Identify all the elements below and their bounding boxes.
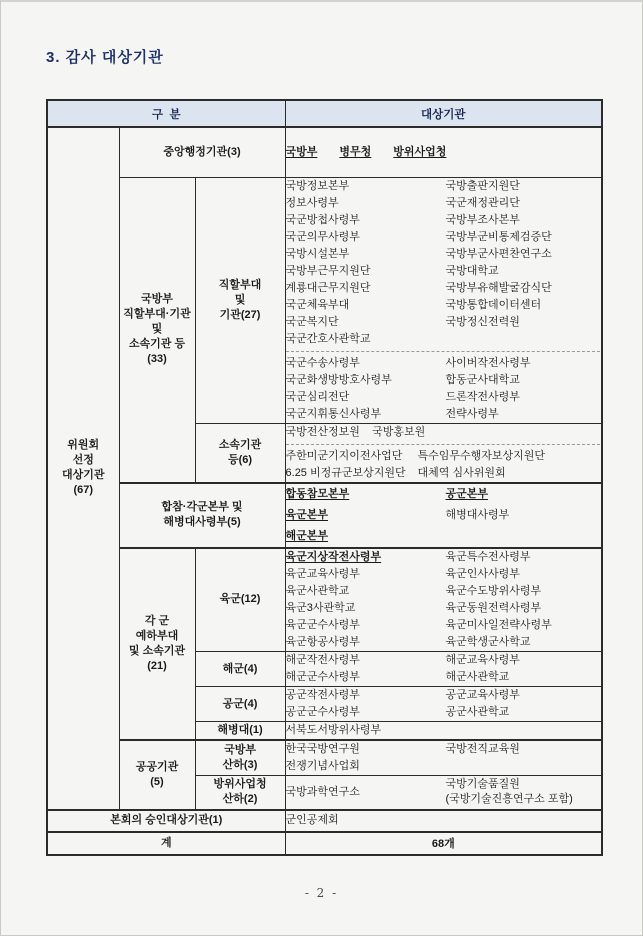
org-item: 육군특수전사령부 [446, 549, 602, 566]
org-line: 국군간호사관학교 [286, 331, 602, 348]
affiliated-block2: 주한미군기지이전사업단특수임무수행자보상지원단 6.25 비정규군보상지원단대체… [286, 448, 602, 482]
org-item: 국방부군비통제검증단 [446, 229, 602, 246]
org-line: 국군체육부대국방통합데이터센터 [286, 297, 602, 314]
plenary-item: 군인공제회 [285, 810, 602, 832]
org-item: 국군간호사관학교 [286, 331, 446, 348]
org-item: 해군본부 [286, 526, 446, 547]
org-item [446, 331, 602, 348]
org-item: 공군작전사령부 [286, 687, 446, 704]
org-item: 국군의무사령부 [286, 229, 446, 246]
org-line: 국방시설본부국방부군사편찬연구소 [286, 246, 602, 263]
public-mnd-label: 국방부 산하(3) [195, 740, 285, 776]
org-item [446, 758, 602, 775]
jcs-label: 합참·각군본부 및 해병대사령부(5) [119, 483, 285, 548]
airforce-label: 공군(4) [195, 687, 285, 722]
org-item: 특수임무수행자보상지원단 [418, 448, 602, 465]
org-item: 합동참모본부 [286, 484, 446, 505]
org-line: 육군교육사령부육군인사사령부 [286, 566, 602, 583]
org-item: 육군인사사령부 [446, 566, 602, 583]
org-item: 육군사관학교 [286, 583, 446, 600]
org-item: 해군군수사령부 [286, 669, 446, 686]
affiliated-block1: 국방전산정보원 국방홍보원 [286, 424, 603, 445]
org-item: 육군본부 [286, 505, 446, 526]
org-item: 국군체육부대 [286, 297, 446, 314]
org-item: 국군방첩사령부 [286, 212, 446, 229]
org-item: 공군교육사령부 [446, 687, 602, 704]
org-item: 국군수송사령부 [286, 355, 446, 372]
org-item: 드론작전사령부 [446, 389, 602, 406]
org-line: 육군항공사령부육군학생군사학교 [286, 634, 602, 651]
org-item: 육군학생군사학교 [446, 634, 602, 651]
org-line: 국군심리전단드론작전사령부 [286, 389, 602, 406]
public-group-label: 공공기관 (5) [119, 740, 195, 810]
page-title: 3. 감사 대상기관 [46, 46, 164, 67]
audit-target-table: 구 분 대상기관 위원회 선정 대상기관 (67) 중앙행정기관(3) 국방부병… [46, 99, 603, 856]
header-category-cell: 구 분 [47, 100, 285, 127]
org-item: 육군동원전력사령부 [446, 600, 602, 617]
org-item: 육군미사일전략사령부 [446, 617, 602, 634]
org-item: 국방부조사본부 [446, 212, 602, 229]
org-line: 국군의무사령부국방부군비통제검증단 [286, 229, 602, 246]
public-dapa-list: 국방과학연구소 국방기술품질원 (국방기술진흥연구소 포함) [285, 776, 602, 810]
central-agencies-label: 중앙행정기관(3) [119, 127, 285, 177]
navy-label: 해군(4) [195, 652, 285, 687]
org-item: 국방부 [286, 146, 318, 158]
org-item: 육군교육사령부 [286, 566, 446, 583]
org-item: 국방출판지원단 [446, 178, 602, 195]
org-item: 국군지휘통신사령부 [286, 406, 446, 423]
org-item: 국방대학교 [446, 263, 602, 280]
org-line: 국군수송사령부사이버작전사령부 [286, 355, 602, 372]
org-line: 6.25 비정규군보상지원단대체역 심사위원회 [286, 465, 602, 482]
org-item: 서북도서방위사령부 [286, 724, 382, 736]
org-line: 계룡대근무지원단국방부유해발굴감식단 [286, 280, 602, 297]
org-item: 전쟁기념사업회 [286, 758, 446, 775]
public-mnd-list: 한국국방연구원국방전직교육원 전쟁기념사업회 [285, 740, 602, 776]
org-line: 한국국방연구원국방전직교육원 [286, 741, 602, 758]
org-line: 전쟁기념사업회 [286, 758, 602, 775]
direct-units-list: 국방정보본부국방출판지원단 정보사령부국군재정관리단 국군방첩사령부국방부조사본… [285, 177, 602, 423]
org-item: 국방기술품질원 (국방기술진흥연구소 포함) [446, 777, 602, 807]
org-item: 대체역 심사위원회 [418, 465, 602, 482]
org-item: 국방정신전력원 [446, 314, 602, 331]
row-total: 계 68개 [47, 832, 602, 855]
airforce-list: 공군작전사령부공군교육사령부 공군군수사령부공군사관학교 [285, 687, 602, 722]
org-item: 육군군수사령부 [286, 617, 446, 634]
org-item: 한국국방연구원 [286, 741, 446, 758]
jcs-right-column: 공군본부 해병대사령부 [446, 484, 510, 547]
org-item: 병무청 [339, 146, 371, 158]
org-item: 주한미군기지이전사업단 [286, 448, 418, 465]
org-item: 국방부유해발굴감식단 [446, 280, 602, 297]
navy-list: 해군작전사령부해군교육사령부 해군군수사령부해군사관학교 [285, 652, 602, 687]
org-line: 국군방첩사령부국방부조사본부 [286, 212, 602, 229]
committee-scope-cell: 위원회 선정 대상기관 (67) [47, 127, 119, 810]
row-army-units: 각 군 예하부대 및 소속기관 (21) 육군(12) 육군지상작전사령부육군특… [47, 548, 602, 652]
org-item: 국군재정관리단 [446, 195, 602, 212]
org-item: 정보사령부 [286, 195, 446, 212]
org-item: 국방부근무지원단 [286, 263, 446, 280]
org-item: 사이버작전사령부 [446, 355, 602, 372]
header-target-cell: 대상기관 [285, 100, 602, 127]
direct-units-block2: 국군수송사령부사이버작전사령부 국군화생방방호사령부합동군사대학교 국군심리전단… [286, 355, 602, 423]
org-columns: 합동참모본부 육군본부 해군본부 공군본부 해병대사령부 [286, 484, 602, 547]
org-item: 공군군수사령부 [286, 704, 446, 721]
org-item: 국방정보본부 [286, 178, 446, 195]
total-value: 68개 [285, 832, 602, 855]
direct-units-label: 직할부대 및 기관(27) [195, 177, 285, 423]
services-group-label: 각 군 예하부대 및 소속기관 (21) [119, 548, 195, 741]
row-plenary-approval: 본회의 승인대상기관(1) 군인공제회 [47, 810, 602, 832]
org-line: 공군작전사령부공군교육사령부 [286, 687, 602, 704]
affiliated-label: 소속기관 등(6) [195, 423, 285, 483]
org-item: 육군항공사령부 [286, 634, 446, 651]
org-item: 해군작전사령부 [286, 652, 446, 669]
org-item: 국방시설본부 [286, 246, 446, 263]
document-page: 3. 감사 대상기관 구 분 대상기관 위원회 선정 대상기관 (67) 중앙행… [0, 0, 643, 936]
org-item: 전략사령부 [446, 406, 602, 423]
affiliated-list: 국방전산정보원 국방홍보원 주한미군기지이전사업단특수임무수행자보상지원단 6.… [285, 423, 602, 483]
org-item: 국군화생방방호사령부 [286, 372, 446, 389]
org-item: 6.25 비정규군보상지원단 [286, 465, 418, 482]
public-dapa-label: 방위사업청 산하(2) [195, 776, 285, 810]
row-public-mnd: 공공기관 (5) 국방부 산하(3) 한국국방연구원국방전직교육원 전쟁기념사업… [47, 740, 602, 776]
org-line: 국방정보본부국방출판지원단 [286, 178, 602, 195]
org-line: 주한미군기지이전사업단특수임무수행자보상지원단 [286, 448, 602, 465]
org-line: 육군3사관학교육군동원전력사령부 [286, 600, 602, 617]
total-label: 계 [47, 832, 285, 855]
org-line: 국군복지단국방정신전력원 [286, 314, 602, 331]
org-item: 국방전직교육원 [446, 741, 602, 758]
org-item: 국방전산정보원 국방홍보원 [286, 426, 426, 438]
org-line: 국군지휘통신사령부전략사령부 [286, 406, 602, 423]
marine-label: 해병대(1) [195, 722, 285, 741]
army-label: 육군(12) [195, 548, 285, 652]
page-number: - 2 - [1, 886, 642, 900]
org-item: 합동군사대학교 [446, 372, 602, 389]
org-item: 방위사업청 [393, 146, 446, 158]
jcs-left-column: 합동참모본부 육군본부 해군본부 [286, 484, 446, 547]
row-jcs-headquarters: 합참·각군본부 및 해병대사령부(5) 합동참모본부 육군본부 해군본부 공군본… [47, 483, 602, 548]
org-item: 국군복지단 [286, 314, 446, 331]
jcs-list: 합동참모본부 육군본부 해군본부 공군본부 해병대사령부 [285, 483, 602, 548]
org-item: 국군심리전단 [286, 389, 446, 406]
org-line: 육군사관학교육군수도방위사령부 [286, 583, 602, 600]
plenary-label: 본회의 승인대상기관(1) [47, 810, 285, 832]
org-line: 육군지상작전사령부육군특수전사령부 [286, 549, 602, 566]
org-item: 해병대사령부 [446, 505, 510, 526]
central-agencies-list: 국방부병무청방위사업청 [285, 127, 602, 177]
org-line: 정보사령부국군재정관리단 [286, 195, 602, 212]
org-line: 육군군수사령부육군미사일전략사령부 [286, 617, 602, 634]
table-header-row: 구 분 대상기관 [47, 100, 602, 127]
org-item: 국방부군사편찬연구소 [446, 246, 602, 263]
mnd-units-group-label: 국방부 직할부대·기관 및 소속기관 등 (33) [119, 177, 195, 483]
org-item: 공군사관학교 [446, 704, 602, 721]
org-item: 국방과학연구소 [286, 784, 446, 801]
row-central-agencies: 위원회 선정 대상기관 (67) 중앙행정기관(3) 국방부병무청방위사업청 [47, 127, 602, 177]
direct-units-block1: 국방정보본부국방출판지원단 정보사령부국군재정관리단 국군방첩사령부국방부조사본… [286, 178, 603, 352]
org-line: 공군군수사령부공군사관학교 [286, 704, 602, 721]
army-list: 육군지상작전사령부육군특수전사령부 육군교육사령부육군인사사령부 육군사관학교육… [285, 548, 602, 652]
org-item: 공군본부 [446, 484, 510, 505]
org-line: 국방부근무지원단국방대학교 [286, 263, 602, 280]
org-line: 국군화생방방호사령부합동군사대학교 [286, 372, 602, 389]
org-item: 해군교육사령부 [446, 652, 602, 669]
marine-list: 서북도서방위사령부 [285, 722, 602, 741]
org-item: 육군지상작전사령부 [286, 549, 446, 566]
org-line: 해군작전사령부해군교육사령부 [286, 652, 602, 669]
org-item: 계룡대근무지원단 [286, 280, 446, 297]
org-item: 해군사관학교 [446, 669, 602, 686]
org-line: 해군군수사령부해군사관학교 [286, 669, 602, 686]
org-item: 육군3사관학교 [286, 600, 446, 617]
org-item: 국방통합데이터센터 [446, 297, 602, 314]
row-direct-units: 국방부 직할부대·기관 및 소속기관 등 (33) 직할부대 및 기관(27) … [47, 177, 602, 423]
org-item: 육군수도방위사령부 [446, 583, 602, 600]
org-line: 국방과학연구소 국방기술품질원 (국방기술진흥연구소 포함) [286, 777, 602, 807]
